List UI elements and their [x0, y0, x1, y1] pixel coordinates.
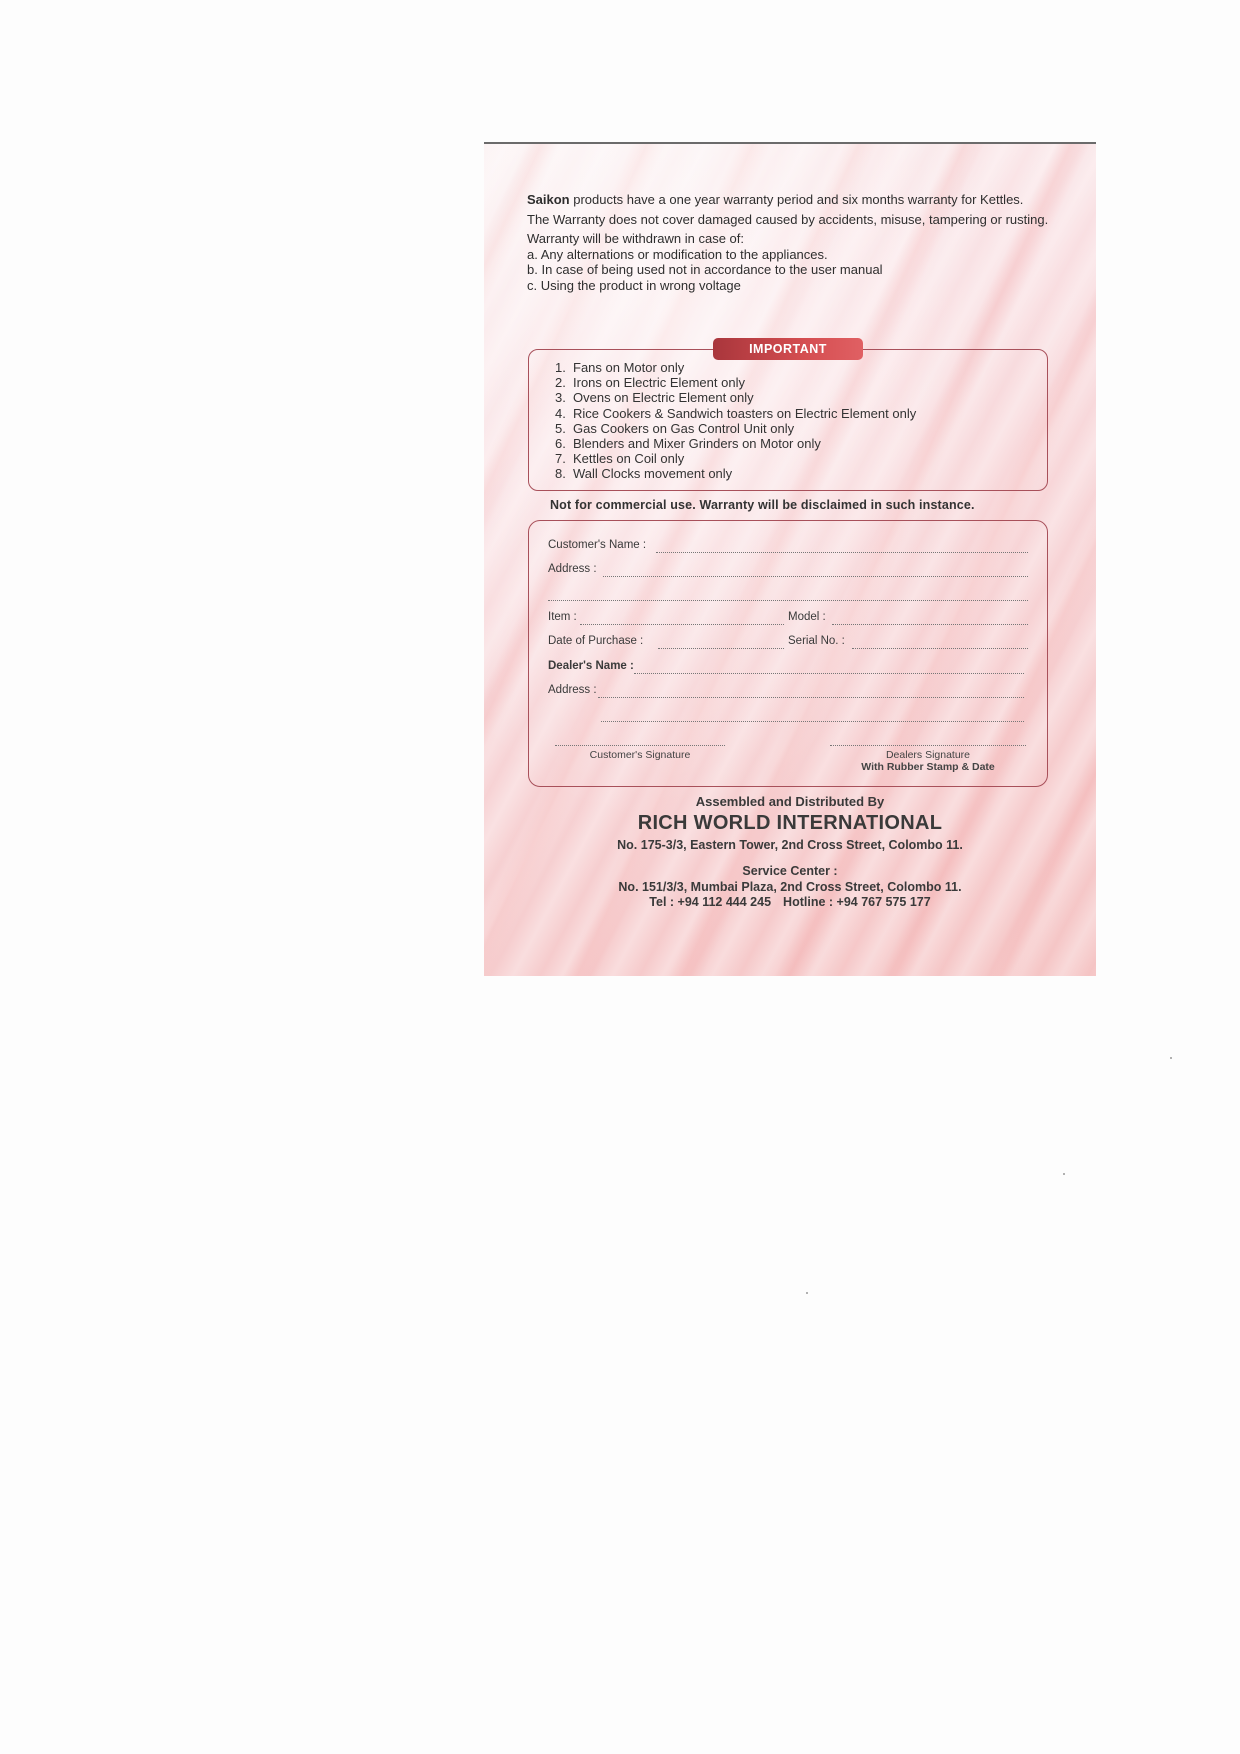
assembled-by-label: Assembled and Distributed By [484, 794, 1096, 809]
important-item: 5.Gas Cookers on Gas Control Unit only [555, 421, 916, 436]
dealer-signature-label: Dealers Signature [830, 749, 1026, 761]
model-field[interactable]: Model : [788, 611, 1028, 627]
item-field[interactable]: Item : [548, 611, 786, 627]
important-item: 4.Rice Cookers & Sandwich toasters on El… [555, 406, 916, 421]
serial-no-line [852, 648, 1028, 649]
customer-address-field[interactable]: Address : [548, 563, 1028, 579]
customer-signature-block[interactable]: Customer's Signature [555, 745, 725, 761]
withdrawn-case: c. Using the product in wrong voltage [527, 278, 1067, 294]
important-item: 2.Irons on Electric Element only [555, 375, 916, 390]
serial-no-field[interactable]: Serial No. : [788, 635, 1028, 651]
warranty-card: Saikon products have a one year warranty… [484, 142, 1096, 976]
telephone-number: Tel : +94 112 444 245 [649, 895, 771, 909]
withdrawn-case: a. Any alternations or modification to t… [527, 247, 1067, 263]
item-line [580, 624, 784, 625]
customer-name-field[interactable]: Customer's Name : [548, 539, 1028, 555]
dealer-name-field[interactable]: Dealer's Name : [548, 660, 1024, 676]
important-list: 1.Fans on Motor only 2.Irons on Electric… [555, 360, 916, 482]
customer-address-line-2-dots [548, 600, 1028, 601]
model-label: Model : [788, 611, 826, 623]
warranty-terms: Saikon products have a one year warranty… [527, 192, 1067, 293]
serial-no-label: Serial No. : [788, 635, 845, 647]
important-item: 1.Fans on Motor only [555, 360, 916, 375]
withdrawn-case: b. In case of being used not in accordan… [527, 262, 1067, 278]
model-line [832, 624, 1028, 625]
warranty-exclusions-text: The Warranty does not cover damaged caus… [527, 212, 1067, 228]
important-box: IMPORTANT 1.Fans on Motor only 2.Irons o… [528, 349, 1048, 491]
distributor-info: Assembled and Distributed By RICH WORLD … [484, 794, 1096, 909]
dealer-address-label: Address : [548, 684, 597, 696]
dealer-address-line-2[interactable] [601, 708, 1024, 724]
service-center-address: No. 151/3/3, Mumbai Plaza, 2nd Cross Str… [484, 880, 1096, 894]
scan-speck [1170, 1057, 1172, 1059]
item-label: Item : [548, 611, 577, 623]
scan-speck [806, 1292, 808, 1294]
dealer-address-field[interactable]: Address : [548, 684, 1024, 700]
brand-name: Saikon [527, 192, 570, 207]
dealer-name-line [634, 673, 1024, 674]
service-center-label: Service Center : [484, 864, 1096, 878]
customer-name-line [656, 552, 1028, 553]
important-item: 3.Ovens on Electric Element only [555, 390, 916, 405]
hotline-number: Hotline : +94 767 575 177 [783, 895, 931, 909]
warranty-period-text: Saikon products have a one year warranty… [527, 192, 1067, 208]
date-of-purchase-label: Date of Purchase : [548, 635, 643, 647]
customer-signature-label: Customer's Signature [555, 749, 725, 761]
customer-name-label: Customer's Name : [548, 539, 646, 551]
dealer-address-line-2-dots [601, 721, 1024, 722]
company-name: RICH WORLD INTERNATIONAL [484, 812, 1096, 835]
important-badge: IMPORTANT [713, 338, 863, 360]
customer-address-line [603, 576, 1028, 577]
dealer-address-line [598, 697, 1024, 698]
dealer-signature-block[interactable]: Dealers Signature With Rubber Stamp & Da… [830, 745, 1026, 773]
customer-address-label: Address : [548, 563, 597, 575]
customer-address-line-2[interactable] [548, 587, 1028, 603]
dealer-name-label: Dealer's Name : [548, 660, 634, 672]
warranty-form: Customer's Name : Address : Item : Model… [528, 520, 1048, 787]
date-of-purchase-line [658, 648, 784, 649]
important-item: 8.Wall Clocks movement only [555, 466, 916, 481]
dealer-signature-line [830, 745, 1026, 746]
withdrawn-cases-list: a. Any alternations or modification to t… [527, 247, 1067, 294]
withdrawn-heading: Warranty will be withdrawn in case of: [527, 231, 1067, 247]
commercial-use-notice: Not for commercial use. Warranty will be… [550, 498, 975, 512]
dealer-signature-note: With Rubber Stamp & Date [830, 761, 1026, 773]
important-item: 7.Kettles on Coil only [555, 451, 916, 466]
company-address: No. 175-3/3, Eastern Tower, 2nd Cross St… [484, 838, 1096, 852]
customer-signature-line [555, 745, 725, 746]
date-of-purchase-field[interactable]: Date of Purchase : [548, 635, 786, 651]
important-item: 6.Blenders and Mixer Grinders on Motor o… [555, 436, 916, 451]
contact-numbers: Tel : +94 112 444 245Hotline : +94 767 5… [484, 895, 1096, 909]
scan-speck [1063, 1173, 1065, 1175]
